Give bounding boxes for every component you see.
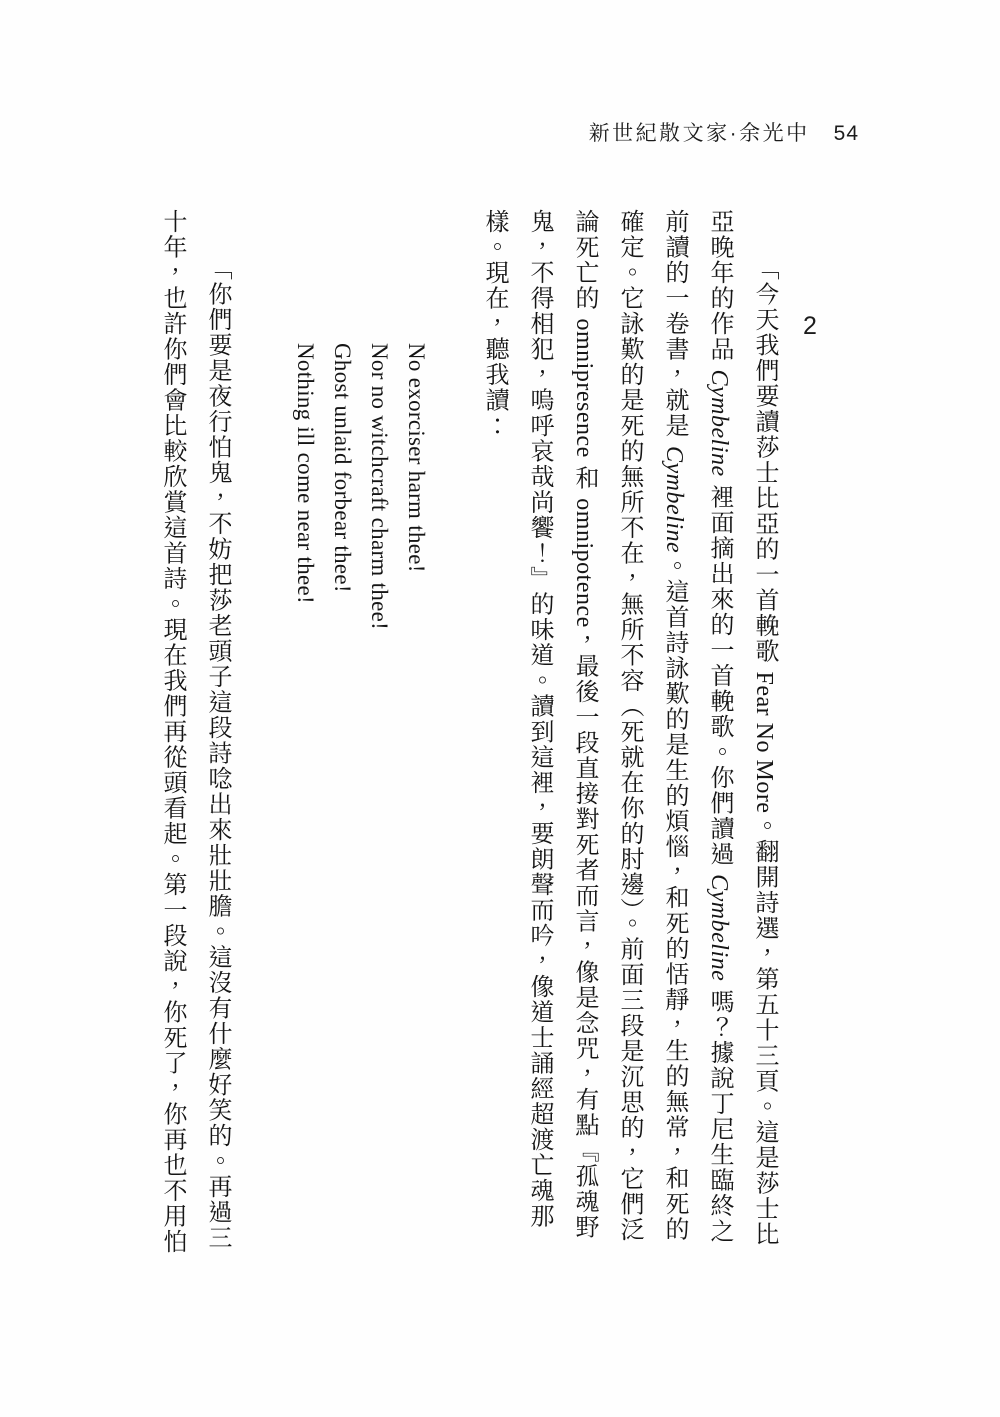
poem-line: Ghost unlaid forbear thee!	[324, 343, 361, 1267]
paragraph-lecture-intro: 「今天我們要讀莎士比亞的一首輓歌 Fear No More。翻開詩選，第五十三頁…	[471, 209, 786, 1267]
book-page: 新世紀散文家·余光中54 2 「今天我們要讀莎士比亞的一首輓歌 Fear No …	[0, 0, 1000, 1417]
section-number: 2	[786, 209, 833, 1267]
poem-line: No exorciser harm thee!	[398, 343, 435, 1267]
header-title: 新世紀散文家·余光中	[589, 122, 810, 145]
page-number: 54	[834, 122, 859, 145]
poem-line: Nor no witchcraft charm thee!	[361, 343, 398, 1267]
poem-line: Nothing ill come near thee!	[287, 343, 324, 1267]
body-text: 2 「今天我們要讀莎士比亞的一首輓歌 Fear No More。翻開詩選，第五十…	[149, 209, 833, 1267]
paragraph-lecture-comment: 「你們要是夜行怕鬼，不妨把莎老頭子這段詩唸出來壯壯膽。這沒有什麼好笑的。再過三十…	[149, 209, 239, 1267]
running-header: 新世紀散文家·余光中54	[589, 117, 859, 147]
poem-block: No exorciser harm thee! Nor no witchcraf…	[287, 209, 435, 1267]
